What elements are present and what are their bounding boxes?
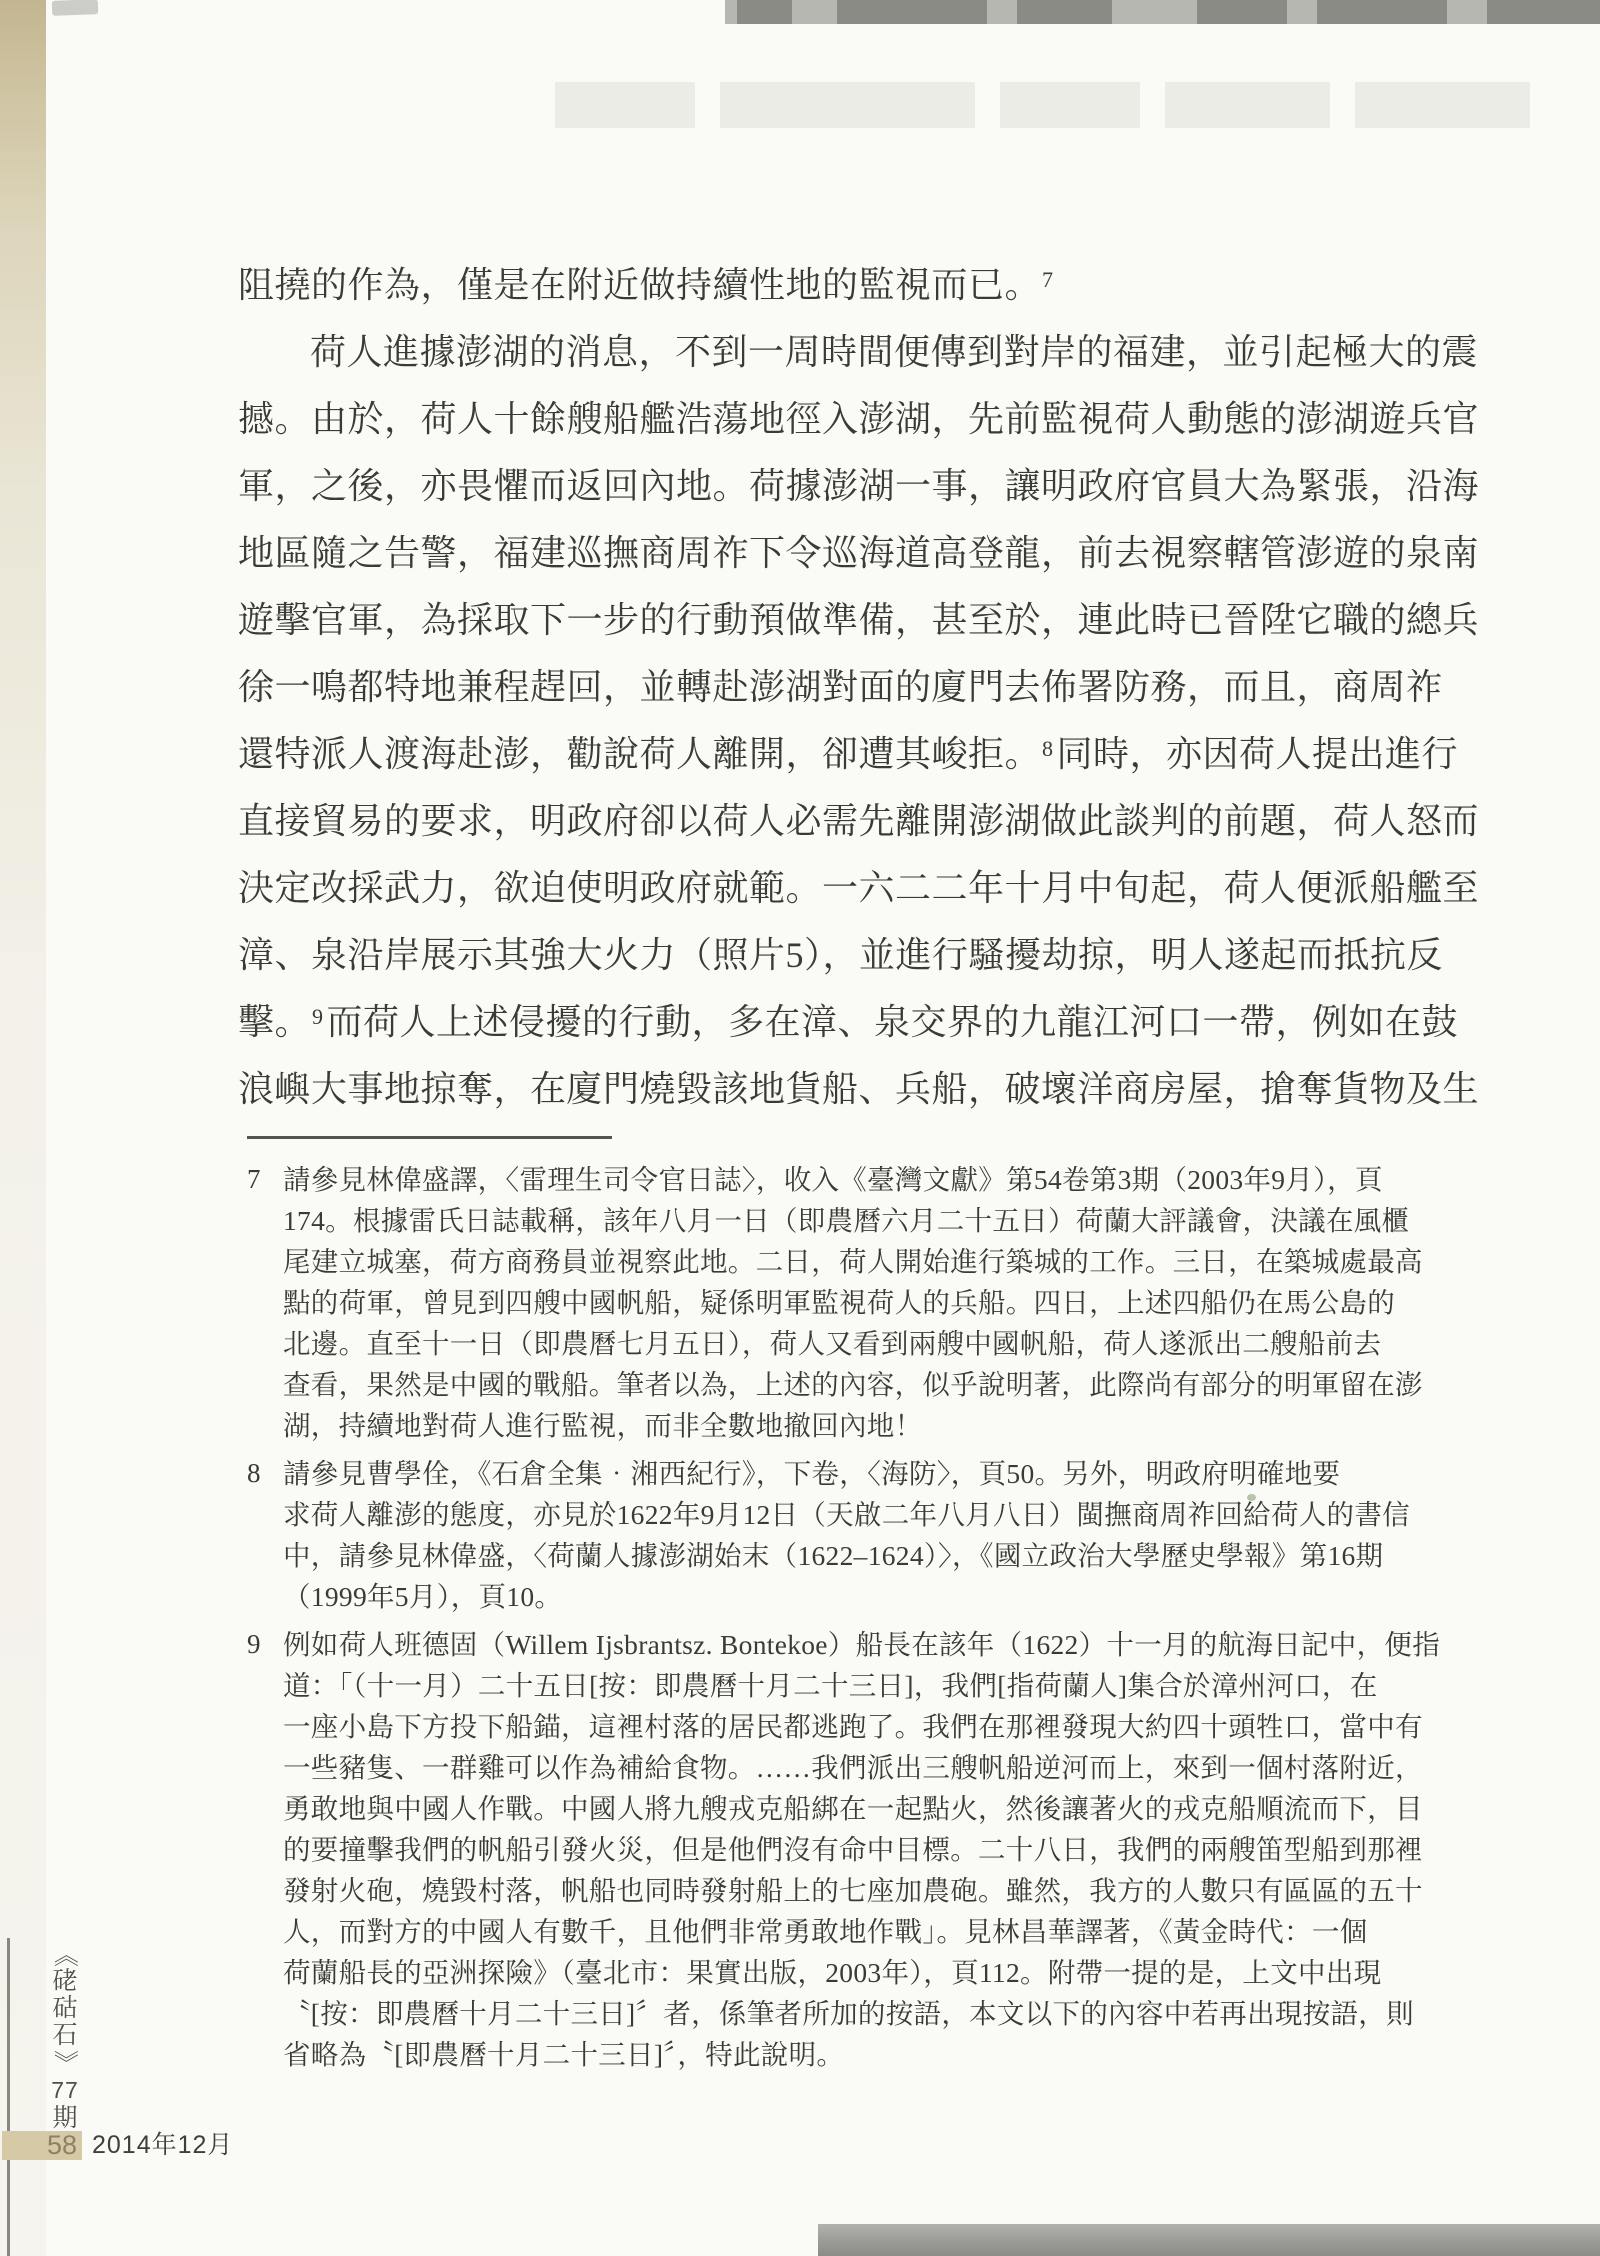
body-text-line: 擊。9而荷人上述侵擾的行動，多在漳、泉交界的九龍江河口一帶，例如在鼓	[238, 989, 1478, 1056]
body-text-line: 漳、泉沿岸展示其強大火力（照片5），並進行騷擾劫掠，明人遂起而抵抗反	[238, 922, 1478, 989]
body-text-segment: 同時，亦因荷人提出進行	[1057, 734, 1459, 774]
footnote-line: 人，而對方的中國人有數千，且他們非常勇敢地作戰」。見林昌華譯著，《黃金時代：一個	[283, 1911, 1487, 1952]
journal-spine-char: 石	[52, 2022, 77, 2049]
body-text-line: 直接貿易的要求，明政府卻以荷人必需先離開澎湖做此談判的前題，荷人怒而	[238, 788, 1478, 855]
body-text-segment: 擊。	[238, 1002, 311, 1042]
footnote-number: 8	[247, 1453, 283, 1617]
footnote-line: 尾建立城塞，荷方商務員並視察此地。二日，荷人開始進行築城的工作。三日，在築城處最…	[283, 1241, 1487, 1282]
scan-artifact-bleedthrough	[555, 82, 1530, 128]
footnote-ref: 9	[312, 1004, 324, 1029]
footnote-line: 〝[按：即農曆十月二十三日]〞者，係筆者所加的按語，本文以下的內容中若再出現按語…	[283, 1993, 1487, 2034]
issue-date: 2014年12月	[92, 2131, 233, 2160]
footnote-line: 北邊。直至十一日（即農曆七月五日），荷人又看到兩艘中國帆船，荷人遂派出二艘船前去	[283, 1323, 1487, 1364]
footnote-line: 一些豬隻、一群雞可以作為補給食物。……我們派出三艘帆船逆河而上，來到一個村落附近…	[283, 1747, 1487, 1788]
footnote-line: 一座小島下方投下船錨，這裡村落的居民都逃跑了。我們在那裡發現大約四十頭牲口，當中…	[283, 1706, 1487, 1747]
journal-spine-char: 77	[51, 2076, 79, 2105]
footnotes: 7請參見林偉盛譯，〈雷理生司令官日誌〉，收入《臺灣文獻》第54卷第3期（2003…	[247, 1159, 1487, 2082]
page-number: 58	[47, 2131, 77, 2160]
footnote-line: 發射火砲，燒毀村落，帆船也同時發射船上的七座加農砲。雖然，我方的人數只有區區的五…	[283, 1870, 1487, 1911]
footnote-ref: 8	[1042, 736, 1054, 761]
body-text-line: 軍，之後，亦畏懼而返回內地。荷據澎湖一事，讓明政府官員大為緊張，沿海	[238, 453, 1478, 520]
body-text-line: 決定改採武力，欲迫使明政府就範。一六二二年十月中旬起，荷人便派船艦至	[238, 855, 1478, 922]
footnote-9: 9例如荷人班德固（Willem Ijsbrantsz. Bontekoe）船長在…	[247, 1624, 1487, 2075]
scan-artifact-left-line	[7, 1938, 10, 2256]
footnote-line: 請參見曹學佺，《石倉全集‧湘西紀行》，下卷，〈海防〉，頁50。另外，明政府明確地…	[283, 1453, 1487, 1494]
footnote-line: 省略為〝[即農曆十月二十三日]〞，特此說明。	[283, 2034, 1487, 2075]
body-text-segment: 決定改採武力，欲迫使明政府就範。一六二二年十月中旬起，荷人便派船艦至	[238, 868, 1479, 908]
scanned-journal-page: 阻撓的作為，僅是在附近做持續性地的監視而已。7荷人進據澎湖的消息，不到一周時間便…	[0, 0, 1600, 2256]
footnote-7: 7請參見林偉盛譯，〈雷理生司令官日誌〉，收入《臺灣文獻》第54卷第3期（2003…	[247, 1159, 1487, 1446]
footnote-separator	[247, 1136, 612, 1139]
footnote-line: 174。根據雷氏日誌載稱，該年八月一日（即農曆六月二十五日）荷蘭大評議會，決議在…	[283, 1200, 1487, 1241]
body-text-segment: 而荷人上述侵擾的行動，多在漳、泉交界的九龍江河口一帶，例如在鼓	[327, 1002, 1459, 1042]
body-text-line: 還特派人渡海赴澎，勸說荷人離開，卻遭其峻拒。8同時，亦因荷人提出進行	[238, 721, 1478, 788]
footnote-line: 湖，持續地對荷人進行監視，而非全數地撤回內地！	[283, 1405, 1487, 1446]
page-number-badge: 58	[2, 2131, 82, 2160]
journal-spine-char: 𥑮	[52, 1995, 77, 2022]
body-text-segment: 地區隨之告警，福建巡撫商周祚下令巡海道高登龍，前去視察轄管澎遊的泉南	[238, 533, 1479, 573]
footnote-line: 例如荷人班德固（Willem Ijsbrantsz. Bontekoe）船長在該…	[283, 1624, 1487, 1665]
scan-artifact-left-edge	[0, 0, 46, 2256]
body-text-line: 遊擊官軍，為採取下一步的行動預做準備，甚至於，連此時已晉陞它職的總兵	[238, 587, 1478, 654]
footnote-line: 道：「（十一月）二十五日[按：即農曆十月二十三日]，我們[指荷蘭人]集合於漳州河…	[283, 1665, 1487, 1706]
footnote-line: 荷蘭船長的亞洲探險》（臺北市：果實出版，2003年），頁112。附帶一提的是，上…	[283, 1952, 1487, 1993]
body-text-segment: 浪嶼大事地掠奪，在廈門燒毀該地貨船、兵船，破壞洋商房屋，搶奪貨物及生	[238, 1069, 1479, 1109]
footnote-line: 勇敢地與中國人作戰。中國人將九艘戎克船綁在一起點火，然後讓著火的戎克船順流而下，…	[283, 1788, 1487, 1829]
body-text-segment: 荷人進據澎湖的消息，不到一周時間便傳到對岸的福建，並引起極大的震	[310, 332, 1478, 372]
footnote-number: 7	[247, 1159, 283, 1446]
scan-artifact-bottom-band	[818, 2224, 1600, 2256]
body-text-line: 地區隨之告警，福建巡撫商周祚下令巡海道高登龍，前去視察轄管澎遊的泉南	[238, 520, 1478, 587]
body-text-segment: 軍，之後，亦畏懼而返回內地。荷據澎湖一事，讓明政府官員大為緊張，沿海	[238, 466, 1479, 506]
footnote-ref: 7	[1042, 267, 1054, 292]
footnote-line: （1999年5月），頁10。	[283, 1576, 1487, 1617]
body-text-line: 阻撓的作為，僅是在附近做持續性地的監視而已。7	[238, 252, 1478, 319]
body-text-line: 荷人進據澎湖的消息，不到一周時間便傳到對岸的福建，並引起極大的震	[238, 319, 1478, 386]
body-text-segment: 直接貿易的要求，明政府卻以荷人必需先離開澎湖做此談判的前題，荷人怒而	[238, 801, 1479, 841]
body-text-segment: 撼。由於，荷人十餘艘船艦浩蕩地徑入澎湖，先前監視荷人動態的澎湖遊兵官	[238, 399, 1479, 439]
body-text-segment: 阻撓的作為，僅是在附近做持續性地的監視而已。	[238, 265, 1041, 305]
footnote-line: 中，請參見林偉盛，〈荷蘭人據澎湖始末（1622–1624）〉，《國立政治大學歷史…	[283, 1535, 1487, 1576]
footnote-line: 查看，果然是中國的戰船。筆者以為，上述的內容，似乎說明著，此際尚有部分的明軍留在…	[283, 1364, 1487, 1405]
body-text-segment: 遊擊官軍，為採取下一步的行動預做準備，甚至於，連此時已晉陞它職的總兵	[238, 600, 1479, 640]
body-text-line: 浪嶼大事地掠奪，在廈門燒毀該地貨船、兵船，破壞洋商房屋，搶奪貨物及生	[238, 1056, 1478, 1123]
journal-spine-char: 硓	[52, 1968, 77, 1995]
footnote-line: 求荷人離澎的態度，亦見於1622年9月12日（天啟二年八月八日）閩撫商周祚回給荷…	[283, 1494, 1487, 1535]
footnote-number: 9	[247, 1624, 283, 2075]
body-text-segment: 還特派人渡海赴澎，勸說荷人離開，卻遭其峻拒。	[238, 734, 1041, 774]
body-text-line: 徐一鳴都特地兼程趕回，並轉赴澎湖對面的廈門去佈署防務，而且，商周祚	[238, 654, 1478, 721]
footnote-line: 點的荷軍，曾見到四艘中國帆船，疑係明軍監視荷人的兵船。四日，上述四船仍在馬公島的	[283, 1282, 1487, 1323]
journal-spine-char: 》	[51, 2050, 78, 2075]
footnote-8: 8請參見曹學佺，《石倉全集‧湘西紀行》，下卷，〈海防〉，頁50。另外，明政府明確…	[247, 1453, 1487, 1617]
footnote-line: 的要撞擊我們的帆船引發火災，但是他們沒有命中目標。二十八日，我們的兩艘笛型船到那…	[283, 1829, 1487, 1870]
journal-spine-label: 《硓𥑮石》77期	[48, 1941, 82, 2132]
scan-artifact-top-band	[725, 0, 1600, 24]
body-text-line: 撼。由於，荷人十餘艘船艦浩蕩地徑入澎湖，先前監視荷人動態的澎湖遊兵官	[238, 386, 1478, 453]
body-text: 阻撓的作為，僅是在附近做持續性地的監視而已。7荷人進據澎湖的消息，不到一周時間便…	[238, 252, 1478, 1123]
scan-artifact-corner-smudge	[52, 0, 98, 16]
journal-spine-char: 《	[51, 1942, 78, 1967]
footnote-line: 請參見林偉盛譯，〈雷理生司令官日誌〉，收入《臺灣文獻》第54卷第3期（2003年…	[283, 1159, 1487, 1200]
body-text-segment: 漳、泉沿岸展示其強大火力（照片5），並進行騷擾劫掠，明人遂起而抵抗反	[238, 935, 1443, 975]
body-text-segment: 徐一鳴都特地兼程趕回，並轉赴澎湖對面的廈門去佈署防務，而且，商周祚	[238, 667, 1443, 707]
journal-spine-char: 期	[52, 2105, 77, 2132]
